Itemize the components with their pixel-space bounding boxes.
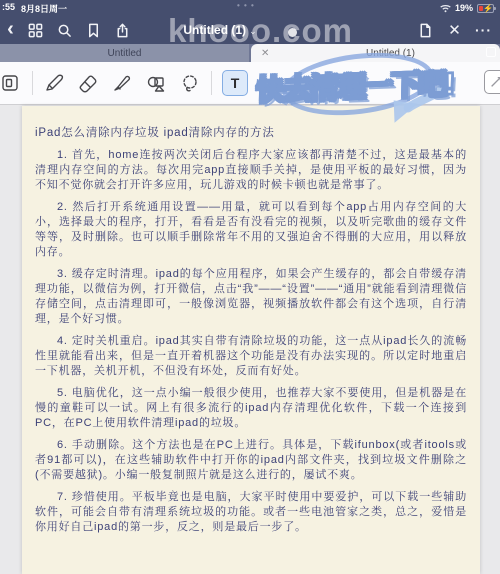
more-options-button[interactable]: ···	[475, 22, 492, 39]
document-paragraph: 6. 手动删除。这个方法也是在PC上进行。具体是，下载ifunbox(或者ito…	[35, 438, 467, 483]
charging-bolt-icon: ⚡	[483, 4, 493, 13]
document-paragraph: 3. 缓存定时清理。ipad的每个应用程序，如果会产生缓存的，都会自带缓存清理功…	[35, 267, 467, 327]
wifi-icon	[440, 4, 451, 13]
note-page[interactable]: iPad怎么清除内存垃圾 ipad清除内存的方法 1. 首先，home连按两次关…	[22, 106, 480, 574]
status-bar: :55 8月8日周一 • • • 19% ⚡	[0, 0, 500, 16]
multitask-dots-icon: • • •	[237, 1, 255, 10]
nav-document-title[interactable]: Untitled (1)⌄	[160, 23, 280, 37]
document-paragraph: 7. 珍惜使用。平板毕竟也是电脑，大家平时使用中要爱护，可以下载一些辅助软件，可…	[35, 490, 467, 535]
status-indicators: 19% ⚡	[440, 3, 494, 13]
highlighter-tool-button[interactable]	[105, 68, 139, 98]
search-button[interactable]	[56, 22, 73, 39]
battery-icon: ⚡	[477, 4, 494, 13]
shapes-tool-button[interactable]	[139, 68, 173, 98]
document-title: iPad怎么清除内存垃圾 ipad清除内存的方法	[35, 124, 467, 140]
document-paragraph: 4. 定时关机重启。ipad其实自带有清除垃圾的功能，这一点从ipad长久的流畅…	[35, 334, 467, 379]
tools-toolbar: T	[0, 62, 500, 105]
nav-right-group: ✕ ···	[411, 22, 498, 39]
export-page-button[interactable]	[417, 22, 434, 39]
text-tool-button-selected[interactable]: T	[222, 70, 248, 96]
battery-percent: 19%	[455, 3, 473, 13]
chevron-down-icon: ⌄	[249, 26, 257, 36]
tab-bar: Untitled ✕ Untitled (1)	[0, 44, 500, 62]
document-paragraph: 1. 首先，home连按两次关闭后台程序大家应该都再清楚不过，这是最基本的清理内…	[35, 148, 467, 193]
document-paragraph: 2. 然后打开系统通用设置——用量，就可以看到每个app占用内存空间的大小，选择…	[35, 200, 467, 260]
tab-close-icon[interactable]: ✕	[261, 48, 269, 59]
pen-tool-button[interactable]	[37, 68, 71, 98]
ipad-screen: :55 8月8日周一 • • • 19% ⚡ ‹	[0, 0, 500, 574]
note-canvas[interactable]: iPad怎么清除内存垃圾 ipad清除内存的方法 1. 首先，home连按两次关…	[0, 106, 500, 574]
document-paragraph: 5. 电脑优化，这一点小编一般很少使用，也推荐大家不要使用，但是机器是在慢的童鞋…	[35, 386, 467, 431]
eraser-tool-button[interactable]	[71, 68, 105, 98]
tab-untitled[interactable]: Untitled	[0, 44, 250, 62]
status-time-date: :55 8月8日周一	[2, 2, 67, 15]
bookmark-button[interactable]	[85, 22, 102, 39]
back-button[interactable]: ‹	[2, 21, 19, 38]
status-date: 8月8日周一	[21, 2, 67, 15]
thumbnails-grid-button[interactable]	[27, 22, 44, 39]
lasso-tool-button[interactable]	[173, 68, 207, 98]
close-document-button[interactable]: ✕	[446, 22, 463, 39]
status-time: :55	[2, 2, 15, 15]
toolbar-divider	[211, 71, 212, 95]
toolbar-divider	[32, 71, 33, 95]
share-button[interactable]	[114, 22, 131, 39]
sticker-edit-button[interactable]	[484, 70, 500, 94]
page-navigator-button[interactable]	[0, 68, 28, 98]
new-tab-icon[interactable]	[486, 47, 496, 57]
nav-bar: ‹ Untitled (1)⌄ ✕ ···	[0, 16, 500, 44]
tab-untitled-1[interactable]: ✕ Untitled (1)	[251, 44, 500, 62]
